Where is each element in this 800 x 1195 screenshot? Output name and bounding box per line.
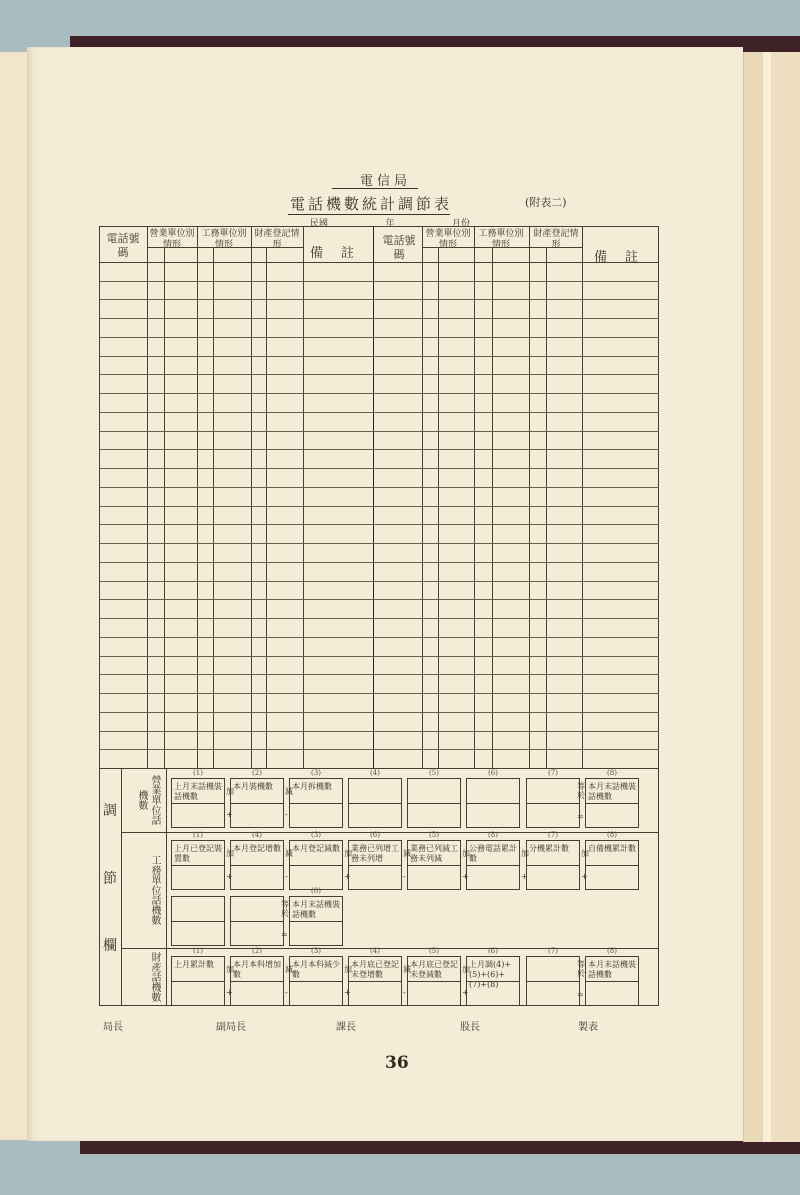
box-label: 本月本科增加數	[233, 960, 281, 980]
page-stack	[743, 52, 764, 1142]
operator-label: 加	[226, 786, 234, 797]
box-number: (6)	[348, 831, 402, 839]
table-row-line	[99, 674, 659, 675]
box-label: 自備機累計數	[588, 844, 636, 854]
box-label: 上月累計數	[174, 960, 222, 970]
table-row-line	[99, 656, 659, 657]
formula-box: 本月拆機數	[289, 778, 343, 828]
box-number: (3)	[289, 769, 343, 777]
operator-sign: +	[581, 872, 588, 881]
box-divider	[231, 921, 283, 922]
box-number: (5)	[407, 947, 461, 955]
box-divider	[467, 981, 519, 982]
operator-label: 減	[403, 964, 411, 975]
box-number: (5)	[407, 831, 461, 839]
operator-sign: +	[226, 872, 233, 881]
table-row-line	[99, 524, 659, 525]
box-divider	[231, 803, 283, 804]
operator-sign: +	[344, 872, 351, 881]
box-number: (6)	[466, 947, 520, 955]
box-divider	[527, 981, 579, 982]
subheader-line	[147, 247, 303, 248]
operator-label: 加	[226, 964, 234, 975]
formula-box: 本月裝機數	[230, 778, 284, 828]
table-row-line	[99, 487, 659, 488]
box-label: 本月末話機裝話機數	[588, 960, 636, 980]
header-phone-number: 電話號碼	[103, 232, 143, 260]
center-divider	[373, 226, 374, 768]
grid-line	[166, 768, 167, 1006]
adjustment-label-3: 欄	[103, 935, 117, 955]
grid-line	[266, 247, 267, 768]
box-number: (8)	[585, 831, 639, 839]
formula-box	[526, 956, 580, 1006]
grid-line	[582, 226, 583, 768]
table-row-line	[99, 543, 659, 544]
subheader-line	[422, 247, 582, 248]
equals-sign: =	[281, 930, 288, 939]
table-row-line	[99, 599, 659, 600]
grid-line	[213, 247, 214, 768]
operator-sign: +	[344, 988, 351, 997]
formula-box: 本月登記減數	[289, 840, 343, 890]
operator-label: 減	[285, 786, 293, 797]
table-row-line	[99, 712, 659, 713]
grid-line	[529, 226, 530, 768]
row-label-engineering: 工務單位話機數	[127, 840, 161, 940]
box-divider	[527, 803, 579, 804]
box-label: 上月末話機裝話機數	[174, 782, 222, 802]
box-divider	[231, 981, 283, 982]
box-divider	[408, 803, 460, 804]
box-number: (4)	[230, 831, 284, 839]
box-number: (7)	[526, 831, 580, 839]
table-row-line	[99, 618, 659, 619]
operator-sign: -	[403, 872, 406, 881]
operator-sign: +	[226, 988, 233, 997]
header-remarks: 備註	[310, 242, 372, 261]
page-title: 電話機數統計調節表	[290, 193, 452, 214]
box-label: 業務已列增工務未列增	[351, 844, 399, 864]
signature-director: 局長	[103, 1018, 123, 1033]
operator-sign: -	[285, 810, 288, 819]
table-row-line	[99, 749, 659, 750]
table-row-line	[99, 374, 659, 375]
grid-line	[303, 226, 304, 768]
box-divider	[290, 981, 342, 982]
box-label: 上月調(4)+(5)+(6)+(7)+(8)	[469, 960, 517, 990]
row-label-property: 財產話機數	[127, 952, 161, 1002]
box-number: (6)	[466, 769, 520, 777]
operator-sign: -	[285, 872, 288, 881]
underline	[288, 214, 450, 215]
box-divider	[467, 865, 519, 866]
table-row-line	[99, 581, 659, 582]
table-row-line	[99, 693, 659, 694]
formula-box: 上月已登記裝置數	[171, 840, 225, 890]
signature-section-chief: 課長	[336, 1018, 356, 1033]
box-divider	[586, 803, 638, 804]
grid-line	[121, 768, 122, 1006]
box-number: (0)	[289, 887, 343, 895]
box-label: 本月底已登記未登增數	[351, 960, 399, 980]
organization-name: 電信局	[360, 170, 411, 189]
box-number: (3)	[289, 831, 343, 839]
formula-box	[171, 896, 225, 946]
equals-sign: =	[577, 990, 584, 999]
formula-box	[526, 778, 580, 828]
grid-line	[422, 226, 423, 768]
formula-box: 本月末話機裝話機數	[585, 956, 639, 1006]
box-number: (8)	[585, 769, 639, 777]
grid-line	[251, 226, 252, 768]
box-label: 上月已登記裝置數	[174, 844, 222, 864]
box-label: 本月拆機數	[292, 782, 340, 792]
grid-line	[438, 247, 439, 768]
box-number: (7)	[526, 769, 580, 777]
operator-sign: +	[521, 872, 528, 881]
box-label: 本月本科減少數	[292, 960, 340, 980]
operator-label: 減	[285, 964, 293, 975]
box-divider	[349, 865, 401, 866]
box-label: 本月裝機數	[233, 782, 281, 792]
operator-label: 減	[403, 848, 411, 859]
box-divider	[349, 803, 401, 804]
operator-sign: -	[285, 988, 288, 997]
formula-box: 上月累計數	[171, 956, 225, 1006]
formula-box	[348, 778, 402, 828]
box-divider	[586, 981, 638, 982]
formula-box	[230, 896, 284, 946]
formula-box: 公務電話累計數	[466, 840, 520, 890]
grid-line	[474, 226, 475, 768]
box-number: (3)	[289, 947, 343, 955]
operator-label: 加	[521, 848, 529, 859]
formula-box	[407, 778, 461, 828]
formula-box: 上月調(4)+(5)+(6)+(7)+(8)	[466, 956, 520, 1006]
operator-sign: +	[462, 872, 469, 881]
table-row-line	[99, 412, 659, 413]
table-row-line	[99, 337, 659, 338]
table-row-line	[99, 318, 659, 319]
formula-box: 本月底已登記未登減數	[407, 956, 461, 1006]
formula-box: 本月末話機裝話機數	[289, 896, 343, 946]
header-divider	[99, 262, 659, 263]
row-label-business: 營業單位話機數	[127, 772, 161, 828]
box-divider	[408, 865, 460, 866]
operator-label: 加	[344, 848, 352, 859]
formula-box: 本月本科增加數	[230, 956, 284, 1006]
operator-label: 加	[462, 848, 470, 859]
formula-box: 本月底已登記未登增數	[348, 956, 402, 1006]
box-divider	[527, 865, 579, 866]
table-row-line	[99, 431, 659, 432]
grid-line	[197, 226, 198, 768]
operator-label: 加	[462, 964, 470, 975]
box-number: (2)	[230, 947, 284, 955]
annex-label: (附表二)	[525, 194, 567, 210]
page-stack	[763, 52, 771, 1142]
grid-line	[546, 247, 547, 768]
formula-box: 業務已列減工務未列減	[407, 840, 461, 890]
table-row-line	[99, 356, 659, 357]
page-number: 36	[385, 1053, 409, 1073]
box-number: (4)	[348, 947, 402, 955]
box-divider	[349, 981, 401, 982]
formula-box: 自備機累計數	[585, 840, 639, 890]
box-divider	[290, 921, 342, 922]
box-number: (1)	[171, 831, 225, 839]
box-number: (5)	[407, 769, 461, 777]
left-page-edge	[0, 52, 28, 1140]
box-number: (4)	[348, 769, 402, 777]
box-divider	[172, 865, 224, 866]
grid-line	[147, 226, 148, 768]
box-label: 本月末話機裝話機數	[588, 782, 636, 802]
box-number: (8)	[585, 947, 639, 955]
box-divider	[290, 865, 342, 866]
operator-sign: -	[403, 988, 406, 997]
grid-line	[164, 247, 165, 768]
underline	[332, 188, 418, 189]
box-label: 本月末話機裝話機數	[292, 900, 340, 920]
table-row-line	[99, 637, 659, 638]
box-label: 本月登記減數	[292, 844, 340, 854]
formula-box: 本月登記增數	[230, 840, 284, 890]
table-row-line	[99, 281, 659, 282]
box-divider	[172, 921, 224, 922]
formula-box: 本月本科減少數	[289, 956, 343, 1006]
operator-label: 加	[344, 964, 352, 975]
box-number: (1)	[171, 769, 225, 777]
box-label: 分機累計數	[529, 844, 577, 854]
adjustment-label-1: 調	[103, 800, 117, 820]
adjustment-label-2: 節	[103, 868, 117, 888]
operator-label: 加	[581, 848, 589, 859]
formula-box: 分機累計數	[526, 840, 580, 890]
box-label: 本月底已登記未登減數	[410, 960, 458, 980]
equals-sign: =	[577, 812, 584, 821]
table-row-line	[99, 731, 659, 732]
signature-deputy-director: 副局長	[216, 1018, 246, 1033]
box-divider	[172, 981, 224, 982]
box-number: (8)	[466, 831, 520, 839]
table-row-line	[99, 299, 659, 300]
box-divider	[586, 865, 638, 866]
box-divider	[290, 803, 342, 804]
equals-label: 等於	[281, 900, 289, 918]
signature-preparer: 製表	[578, 1018, 598, 1033]
box-divider	[408, 981, 460, 982]
box-label: 本月登記增數	[233, 844, 281, 854]
box-label: 公務電話累計數	[469, 844, 517, 864]
grid-line	[492, 247, 493, 768]
page-stack	[771, 52, 800, 1142]
box-divider	[467, 803, 519, 804]
header-phone-number-right: 電話號碼	[378, 234, 420, 262]
box-label: 業務已列減工務未列減	[410, 844, 458, 864]
box-divider	[231, 865, 283, 866]
box-number: (1)	[171, 947, 225, 955]
operator-sign: +	[226, 810, 233, 819]
table-row-line	[99, 393, 659, 394]
signature-unit-chief: 股長	[460, 1018, 480, 1033]
box-divider	[172, 803, 224, 804]
table-row-line	[99, 449, 659, 450]
table-row-line	[99, 468, 659, 469]
box-number: (2)	[230, 769, 284, 777]
formula-box: 本月末話機裝話機數	[585, 778, 639, 828]
operator-label: 減	[285, 848, 293, 859]
operator-label: 加	[226, 848, 234, 859]
table-row-line	[99, 562, 659, 563]
formula-box: 上月末話機裝話機數	[171, 778, 225, 828]
header-remarks-right: 備註	[594, 246, 656, 265]
equals-label: 等於	[577, 782, 585, 800]
formula-box	[466, 778, 520, 828]
box-number: (7)	[526, 947, 580, 955]
equals-label: 等於	[577, 960, 585, 978]
formula-box: 業務已列增工務未列增	[348, 840, 402, 890]
operator-sign: +	[462, 988, 469, 997]
table-row-line	[99, 506, 659, 507]
